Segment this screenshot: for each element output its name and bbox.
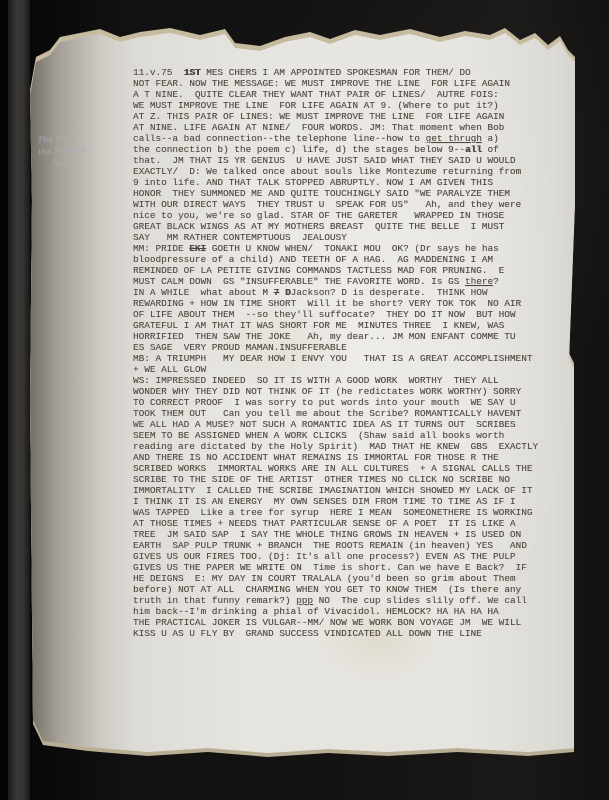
typescript-line: WS: IMPRESSED INDEED SO IT IS WITH A GOO…: [133, 375, 553, 386]
overstruck-text: all: [465, 144, 482, 155]
typescript-line: + WE ALL GLOW: [133, 364, 553, 375]
typescript-line: KISS U AS U FLY BY GRAND SUCCESS VINDICA…: [133, 628, 553, 639]
typescript-line: A T NINE. QUITE CLEAR THEY WANT THAT PAI…: [133, 89, 553, 100]
typescript-line: calls--a bad connection--the telephone l…: [133, 133, 553, 144]
overstruck-text: 7: [274, 287, 280, 298]
typescript-line: WE ALL HAD A MUSE? NOT SUCH A ROMANTIC I…: [133, 419, 553, 430]
typescript-line: SAY MM RATHER CONTEMPTUOUS JEALOUSY: [133, 232, 553, 243]
underlined-text: there: [465, 276, 493, 287]
typescript-line: EARTH SAP PULP TRUNK + BRANCH THE ROOTS …: [133, 540, 553, 551]
typescript-line: the connection b) the poem c) life, d) t…: [133, 144, 553, 155]
typescript-line: SCRIBE TO THE SIDE OF THE ARTIST OTHER T…: [133, 474, 553, 485]
typescript-line: 11.v.75 1ST MES CHERS I AM APPOINTED SPO…: [133, 67, 553, 78]
typescript-line: ES SAGE VERY PROUD MAMAN.INSUFFERABLE: [133, 342, 553, 353]
book-binding-edge: [8, 0, 30, 800]
typescript-line: reading are dictated by the Holy Spirit)…: [133, 441, 553, 452]
typescript-line: SEEM TO BE ASSIGNED WHEN A WORK CLICKS (…: [133, 430, 553, 441]
typescript-line: THE PRACTICAL JOKER IS VULGAR--MM/ NOW W…: [133, 617, 553, 628]
typescript-line: IMMORTALITY I CALLED THE SCRIBE IMAGINAT…: [133, 485, 553, 496]
typescript-line: WE MUST IMPROVE THE LINE FOR LIFE AGAIN …: [133, 100, 553, 111]
typescript-line: HE DEIGNS E: MY DAY IN COURT TRALALA (yo…: [133, 573, 553, 584]
handwritten-margin-note: The End– the lineage here: [37, 129, 119, 170]
typescript-line: SCRIBED WORKS IMMORTAL WORKS ARE IN ALL …: [133, 463, 553, 474]
typescript-line: REWARDING + HOW IN TIME SHORT Will it be…: [133, 298, 553, 309]
typescript-line: 9 into life. AND THAT TALK STOPPED ABRUP…: [133, 177, 553, 188]
typescript-line: MM: PRIDE EKI GOETH U KNOW WHEN/ TONAKI …: [133, 243, 553, 254]
overstruck-text: 1ST: [184, 67, 201, 78]
typescript-line: WITH OUR DIRECT WAYS THEY TRUST U SPEAK …: [133, 199, 553, 210]
typescript-line: MUST CALM DOWN GS "INSUFFERABLE" THE FAV…: [133, 276, 553, 287]
typescript-line: truth in that funny remark?) ppp NO The …: [133, 595, 553, 606]
typescript-line: HORRIFIED THEN SAW THE JOKE Ah, my dear.…: [133, 331, 553, 342]
typescript-page: The End– the lineage here 11.v.75 1ST ME…: [28, 0, 577, 760]
underlined-text: ppp: [296, 595, 313, 606]
typescript-line: GIVES US OUR FIRES TOO. (Dj: It's all on…: [133, 551, 553, 562]
typescript-line: EXACTLY/ D: We talked once about souls l…: [133, 166, 553, 177]
underlined-text: get thrugh: [426, 133, 482, 144]
typescript-line: GRATEFUL I AM THAT IT WAS SHORT FOR ME M…: [133, 320, 553, 331]
typescript-line: GIVES US THE PAPER WE WRITE ON Time is s…: [133, 562, 553, 573]
typescript-line: before) NOT AT ALL CHARMING WHEN YOU GET…: [133, 584, 553, 595]
typescript-line: bloodpressure of a child) AND TEETH OF A…: [133, 254, 553, 265]
typescript-line: MB: A TRIUMPH MY DEAR HOW I ENVY YOU THA…: [133, 353, 553, 364]
typescript-line: GREAT BLACK WINGS AS AT MY MOTHERS BREAS…: [133, 221, 553, 232]
typescript-line: TO CORRECT PROOF I was sorry to put word…: [133, 397, 553, 408]
typescript-line: OF LIFE ABOUT THEM --so they'll suffocat…: [133, 309, 553, 320]
overstruck-text: D: [285, 287, 291, 298]
typescript-line: IN A WHILE what about M 7 DJackson? D is…: [133, 287, 553, 298]
typescript-line: I THINK IT IS AN ENERGY MY OWN SENSES DI…: [133, 496, 553, 507]
typescript-line: WAS TAPPED Like a tree for syrup HERE I …: [133, 507, 553, 518]
typescript-line: him back--I'm drinking a phial of Vivaci…: [133, 606, 553, 617]
typescript-line: TOOK THEM OUT Can you tell me about the …: [133, 408, 553, 419]
typescript-line: AND THERE IS NO ACCIDENT WHAT REMAINS IS…: [133, 452, 553, 463]
typescript-line: WONDER WHY THEY DID NOT THINK OF IT (he …: [133, 386, 553, 397]
typescript-text: 11.v.75 1ST MES CHERS I AM APPOINTED SPO…: [133, 67, 553, 639]
overstruck-text: EKI: [189, 243, 206, 254]
typescript-line: AT THOSE TIMES + NEEDS THAT PARTICULAR S…: [133, 518, 553, 529]
typescript-line: AT NINE. LIFE AGAIN AT NINE/ FOUR WORDS.…: [133, 122, 553, 133]
typescript-line: that. JM THAT IS YR GENIUS U HAVE JUST S…: [133, 155, 553, 166]
typescript-line: nice to you, we're so glad. STAR OF THE …: [133, 210, 553, 221]
typescript-line: NOT FEAR. NOW THE MESSAGE: WE MUST IMPRO…: [133, 78, 553, 89]
typescript-line: HONOR THEY SUMMONED ME AND QUITE TOUCHIN…: [133, 188, 553, 199]
typescript-line: REMINDED OF LA PETITE GIVING COMMANDS TA…: [133, 265, 553, 276]
typescript-line: AT Z. THIS PAIR OF LINES: WE MUST IMPROV…: [133, 111, 553, 122]
typescript-line: TREE JM SAID SAP I SAY THE WHOLE THING G…: [133, 529, 553, 540]
